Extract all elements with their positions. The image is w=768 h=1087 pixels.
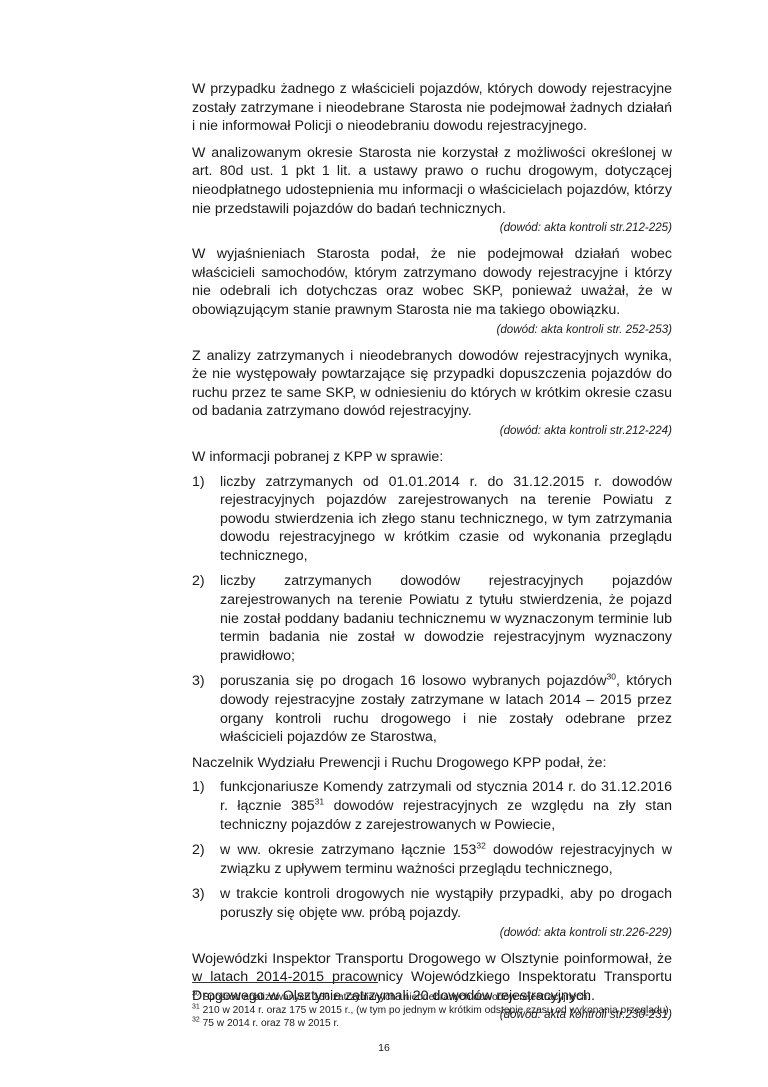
evidence-reference: (dowód: akta kontroli str.212-224) [192, 423, 672, 439]
footnote: 30 Spośród analizowanych 166 zatrzymanyc… [192, 991, 692, 1004]
list-item-text: w ww. okresie zatrzymano łącznie 153 [220, 842, 476, 858]
footnote-separator [192, 982, 378, 983]
footnote-text: 210 w 2014 r. oraz 175 w 2015 r., (w tym… [200, 1005, 669, 1016]
footnote-number: 32 [192, 1017, 200, 1024]
evidence-reference: (dowód: akta kontroli str.212-225) [192, 220, 672, 236]
list-item-number: 2) [192, 572, 205, 591]
evidence-reference: (dowód: akta kontroli str. 252-253) [192, 322, 672, 338]
list-item-text: liczby zatrzymanych dowodów rejestracyjn… [220, 573, 672, 663]
paragraph-starosta-explanation: W wyjaśnieniach Starosta podał, że nie p… [192, 245, 672, 319]
footnotes: 30 Spośród analizowanych 166 zatrzymanyc… [192, 991, 692, 1031]
list-item-number: 2) [192, 841, 205, 860]
paragraph-art-80d: W analizowanym okresie Starosta nie korz… [192, 144, 672, 218]
footnote-reference: 32 [476, 840, 485, 850]
list-item: 3) poruszania się po drogach 16 losowo w… [192, 672, 672, 746]
paragraph-kpp-intro: W informacji pobranej z KPP w sprawie: [192, 448, 672, 467]
list-item: 2) liczby zatrzymanych dowodów rejestrac… [192, 572, 672, 665]
naczelnik-response-list: 1) funkcjonariusze Komendy zatrzymali od… [192, 778, 672, 922]
list-item-text: liczby zatrzymanych od 01.01.2014 r. do … [220, 474, 672, 564]
list-item: 1) liczby zatrzymanych od 01.01.2014 r. … [192, 473, 672, 566]
document-body: W przypadku żadnego z właścicieli pojazd… [192, 80, 672, 1032]
list-item: 1) funkcjonariusze Komendy zatrzymali od… [192, 778, 672, 834]
footnote: 32 75 w 2014 r. oraz 78 w 2015 r. [192, 1017, 692, 1030]
footnote-number: 30 [192, 991, 200, 998]
evidence-reference: (dowód: akta kontroli str.226-229) [192, 925, 672, 941]
paragraph-naczelnik-intro: Naczelnik Wydziału Prewencji i Ruchu Dro… [192, 754, 672, 773]
footnote-number: 31 [192, 1004, 200, 1011]
list-item: 3) w trakcie kontroli drogowych nie wyst… [192, 885, 672, 922]
list-item-text: w trakcie kontroli drogowych nie wystąpi… [220, 886, 672, 921]
footnote-text: Spośród analizowanych 166 zatrzymanych i… [200, 992, 590, 1003]
page-number: 16 [0, 1042, 768, 1054]
footnote-text: 75 w 2014 r. oraz 78 w 2015 r. [200, 1018, 339, 1029]
kpp-request-list: 1) liczby zatrzymanych od 01.01.2014 r. … [192, 473, 672, 747]
list-item-number: 3) [192, 885, 205, 904]
paragraph-no-action: W przypadku żadnego z właścicieli pojazd… [192, 80, 672, 136]
list-item: 2) w ww. okresie zatrzymano łącznie 1533… [192, 841, 672, 878]
list-item-number: 1) [192, 778, 205, 797]
paragraph-skp-analysis: Z analizy zatrzymanych i nieodebranych d… [192, 347, 672, 421]
footnote: 31 210 w 2014 r. oraz 175 w 2015 r., (w … [192, 1004, 692, 1017]
footnote-reference: 31 [315, 796, 324, 806]
footnote-reference: 30 [607, 672, 616, 682]
list-item-text: poruszania się po drogach 16 losowo wybr… [220, 673, 607, 689]
list-item-number: 3) [192, 672, 205, 691]
list-item-number: 1) [192, 473, 205, 492]
